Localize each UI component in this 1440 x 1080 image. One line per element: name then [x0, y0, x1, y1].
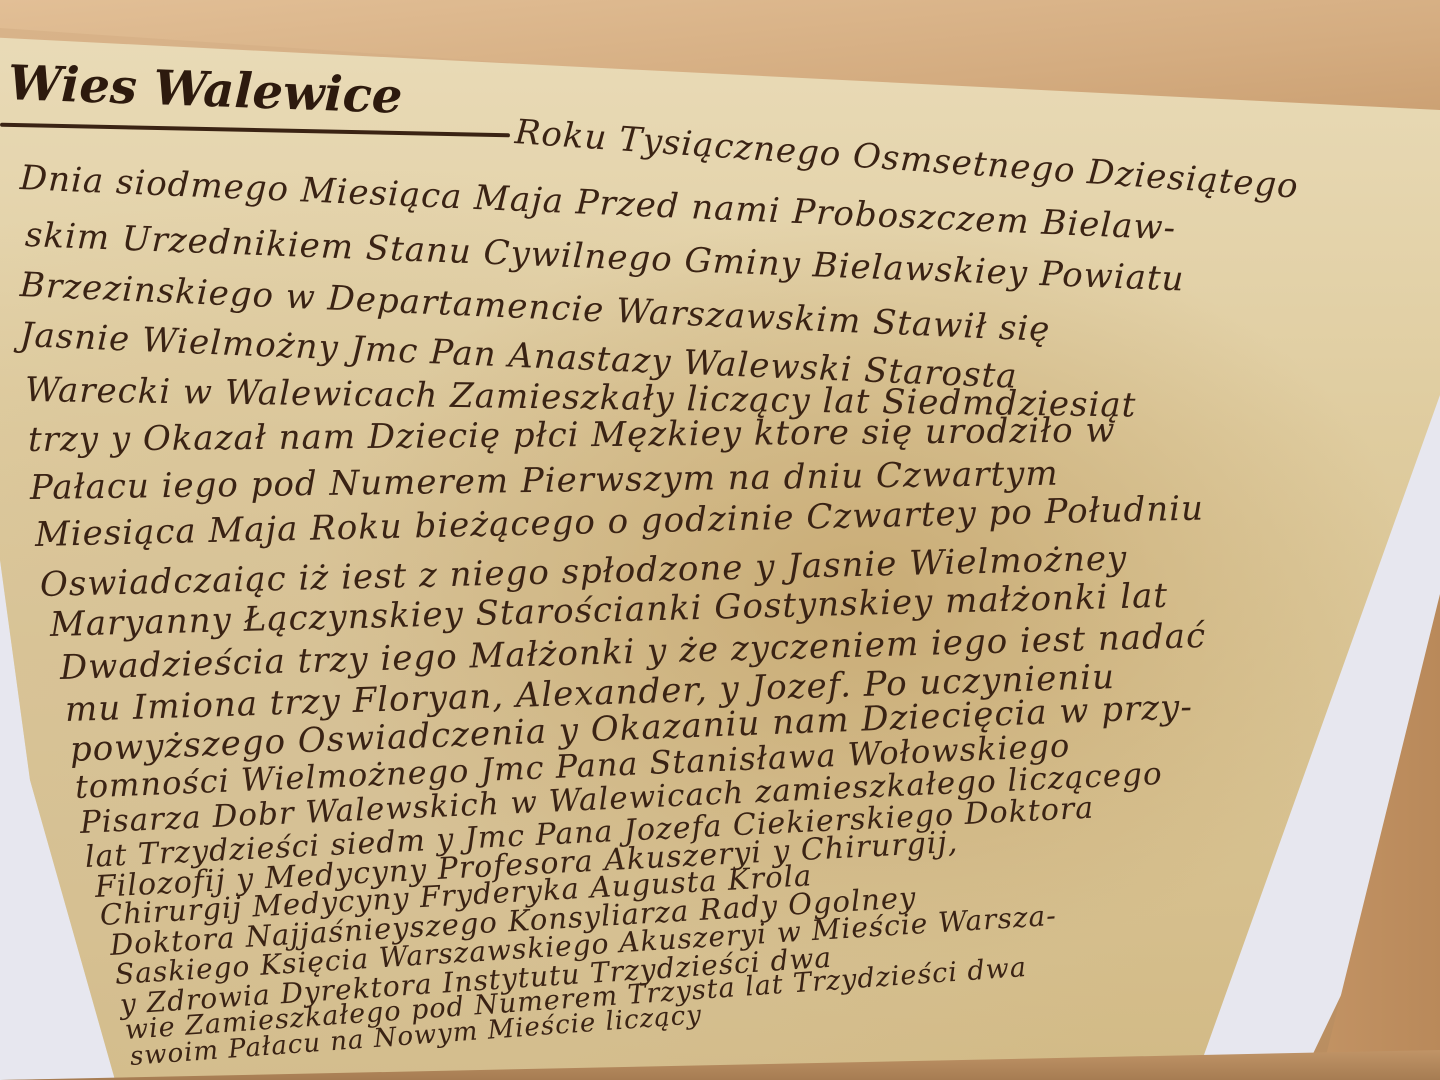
heading-underline — [0, 123, 510, 138]
document-heading: Wies Walewice — [7, 55, 403, 125]
text-line: trzy y Okazał nam Dziecię płci Męzkiey k… — [28, 411, 1116, 460]
handwritten-text: Wies Walewice Roku Tysiącznego Osmsetneg… — [0, 0, 1440, 1080]
